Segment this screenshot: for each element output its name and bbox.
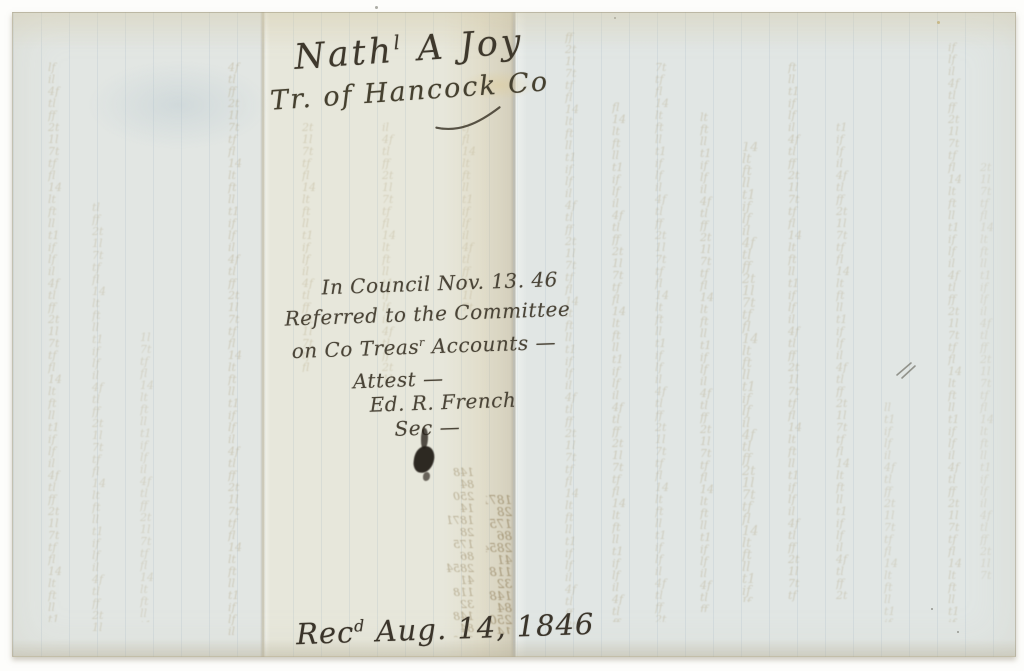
document-paper <box>12 12 1016 657</box>
scanned-document-photo: lf il 4f tl ff 2t 1l 7t tf fl 14 lt ft l… <box>0 0 1024 671</box>
dust-speck <box>937 21 940 24</box>
dust-speck <box>375 6 378 9</box>
dust-speck <box>614 17 616 19</box>
dust-speck <box>931 608 933 610</box>
dust-speck <box>957 631 959 633</box>
